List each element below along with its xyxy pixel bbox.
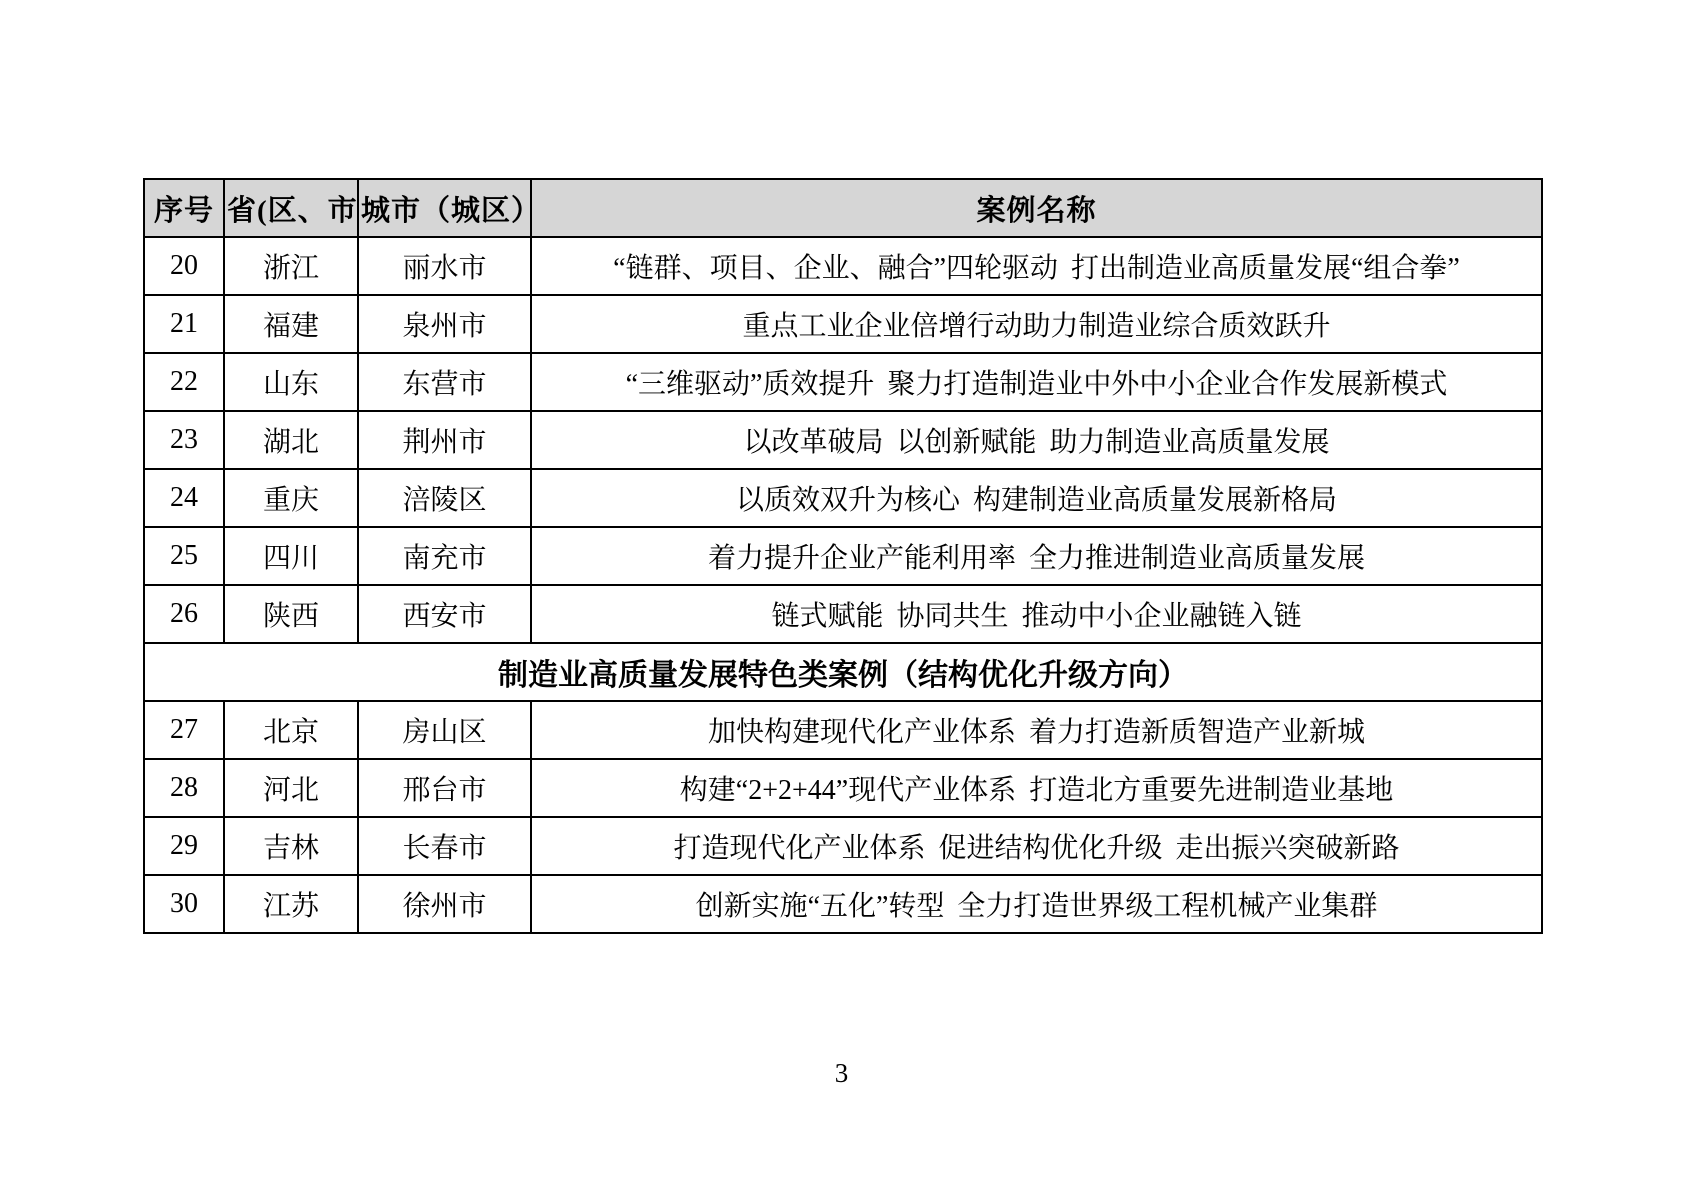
city-cell: 东营市: [358, 353, 531, 411]
province-cell: 山东: [224, 353, 358, 411]
section-title: 制造业高质量发展特色类案例（结构优化升级方向）: [144, 643, 1542, 701]
case-name-cell: 创新实施“五化”转型 全力打造世界级工程机械产业集群: [531, 875, 1542, 933]
case-name-cell: “三维驱动”质效提升 聚力打造制造业中外中小企业合作发展新模式: [531, 353, 1542, 411]
province-cell: 福建: [224, 295, 358, 353]
row-number-cell: 27: [144, 701, 224, 759]
table-row: 30江苏徐州市创新实施“五化”转型 全力打造世界级工程机械产业集群: [144, 875, 1542, 933]
row-number-cell: 26: [144, 585, 224, 643]
province-cell: 重庆: [224, 469, 358, 527]
province-cell: 河北: [224, 759, 358, 817]
province-cell: 江苏: [224, 875, 358, 933]
province-cell: 湖北: [224, 411, 358, 469]
city-cell: 丽水市: [358, 237, 531, 295]
table-row: 25四川南充市着力提升企业产能利用率 全力推进制造业高质量发展: [144, 527, 1542, 585]
table-body: 20浙江丽水市“链群、项目、企业、融合”四轮驱动 打出制造业高质量发展“组合拳”…: [144, 237, 1542, 933]
province-cell: 北京: [224, 701, 358, 759]
row-number-cell: 29: [144, 817, 224, 875]
table-header: 序号 省(区、市) 城市（城区） 案例名称: [144, 179, 1542, 237]
row-number-cell: 21: [144, 295, 224, 353]
city-cell: 房山区: [358, 701, 531, 759]
case-name-cell: 加快构建现代化产业体系 着力打造新质智造产业新城: [531, 701, 1542, 759]
row-number-cell: 30: [144, 875, 224, 933]
table-row: 23湖北荆州市以改革破局 以创新赋能 助力制造业高质量发展: [144, 411, 1542, 469]
case-name-cell: 链式赋能 协同共生 推动中小企业融链入链: [531, 585, 1542, 643]
row-number-cell: 22: [144, 353, 224, 411]
row-number-cell: 28: [144, 759, 224, 817]
page-number: 3: [0, 1058, 1683, 1089]
case-name-cell: 打造现代化产业体系 促进结构优化升级 走出振兴突破新路: [531, 817, 1542, 875]
row-number-cell: 25: [144, 527, 224, 585]
table-row: 22山东东营市“三维驱动”质效提升 聚力打造制造业中外中小企业合作发展新模式: [144, 353, 1542, 411]
table-row: 24重庆涪陵区以质效双升为核心 构建制造业高质量发展新格局: [144, 469, 1542, 527]
case-name-cell: “链群、项目、企业、融合”四轮驱动 打出制造业高质量发展“组合拳”: [531, 237, 1542, 295]
city-cell: 荆州市: [358, 411, 531, 469]
row-number-cell: 24: [144, 469, 224, 527]
city-cell: 泉州市: [358, 295, 531, 353]
table-row: 28河北邢台市构建“2+2+44”现代产业体系 打造北方重要先进制造业基地: [144, 759, 1542, 817]
city-cell: 南充市: [358, 527, 531, 585]
column-header-case-name: 案例名称: [531, 179, 1542, 237]
city-cell: 徐州市: [358, 875, 531, 933]
province-cell: 浙江: [224, 237, 358, 295]
case-name-cell: 构建“2+2+44”现代产业体系 打造北方重要先进制造业基地: [531, 759, 1542, 817]
city-cell: 长春市: [358, 817, 531, 875]
row-number-cell: 20: [144, 237, 224, 295]
case-name-cell: 以改革破局 以创新赋能 助力制造业高质量发展: [531, 411, 1542, 469]
table-row: 20浙江丽水市“链群、项目、企业、融合”四轮驱动 打出制造业高质量发展“组合拳”: [144, 237, 1542, 295]
province-cell: 四川: [224, 527, 358, 585]
table-row: 21福建泉州市重点工业企业倍增行动助力制造业综合质效跃升: [144, 295, 1542, 353]
city-cell: 邢台市: [358, 759, 531, 817]
document-page: 序号 省(区、市) 城市（城区） 案例名称 20浙江丽水市“链群、项目、企业、融…: [0, 0, 1683, 1190]
case-name-cell: 以质效双升为核心 构建制造业高质量发展新格局: [531, 469, 1542, 527]
column-header-city: 城市（城区）: [358, 179, 531, 237]
header-row: 序号 省(区、市) 城市（城区） 案例名称: [144, 179, 1542, 237]
cases-table: 序号 省(区、市) 城市（城区） 案例名称 20浙江丽水市“链群、项目、企业、融…: [143, 178, 1543, 934]
row-number-cell: 23: [144, 411, 224, 469]
section-row: 制造业高质量发展特色类案例（结构优化升级方向）: [144, 643, 1542, 701]
province-cell: 吉林: [224, 817, 358, 875]
table-row: 29吉林长春市打造现代化产业体系 促进结构优化升级 走出振兴突破新路: [144, 817, 1542, 875]
case-name-cell: 着力提升企业产能利用率 全力推进制造业高质量发展: [531, 527, 1542, 585]
city-cell: 西安市: [358, 585, 531, 643]
table-row: 27北京房山区加快构建现代化产业体系 着力打造新质智造产业新城: [144, 701, 1542, 759]
table-row: 26陕西西安市链式赋能 协同共生 推动中小企业融链入链: [144, 585, 1542, 643]
city-cell: 涪陵区: [358, 469, 531, 527]
column-header-province: 省(区、市): [224, 179, 358, 237]
column-header-number: 序号: [144, 179, 224, 237]
case-name-cell: 重点工业企业倍增行动助力制造业综合质效跃升: [531, 295, 1542, 353]
province-cell: 陕西: [224, 585, 358, 643]
